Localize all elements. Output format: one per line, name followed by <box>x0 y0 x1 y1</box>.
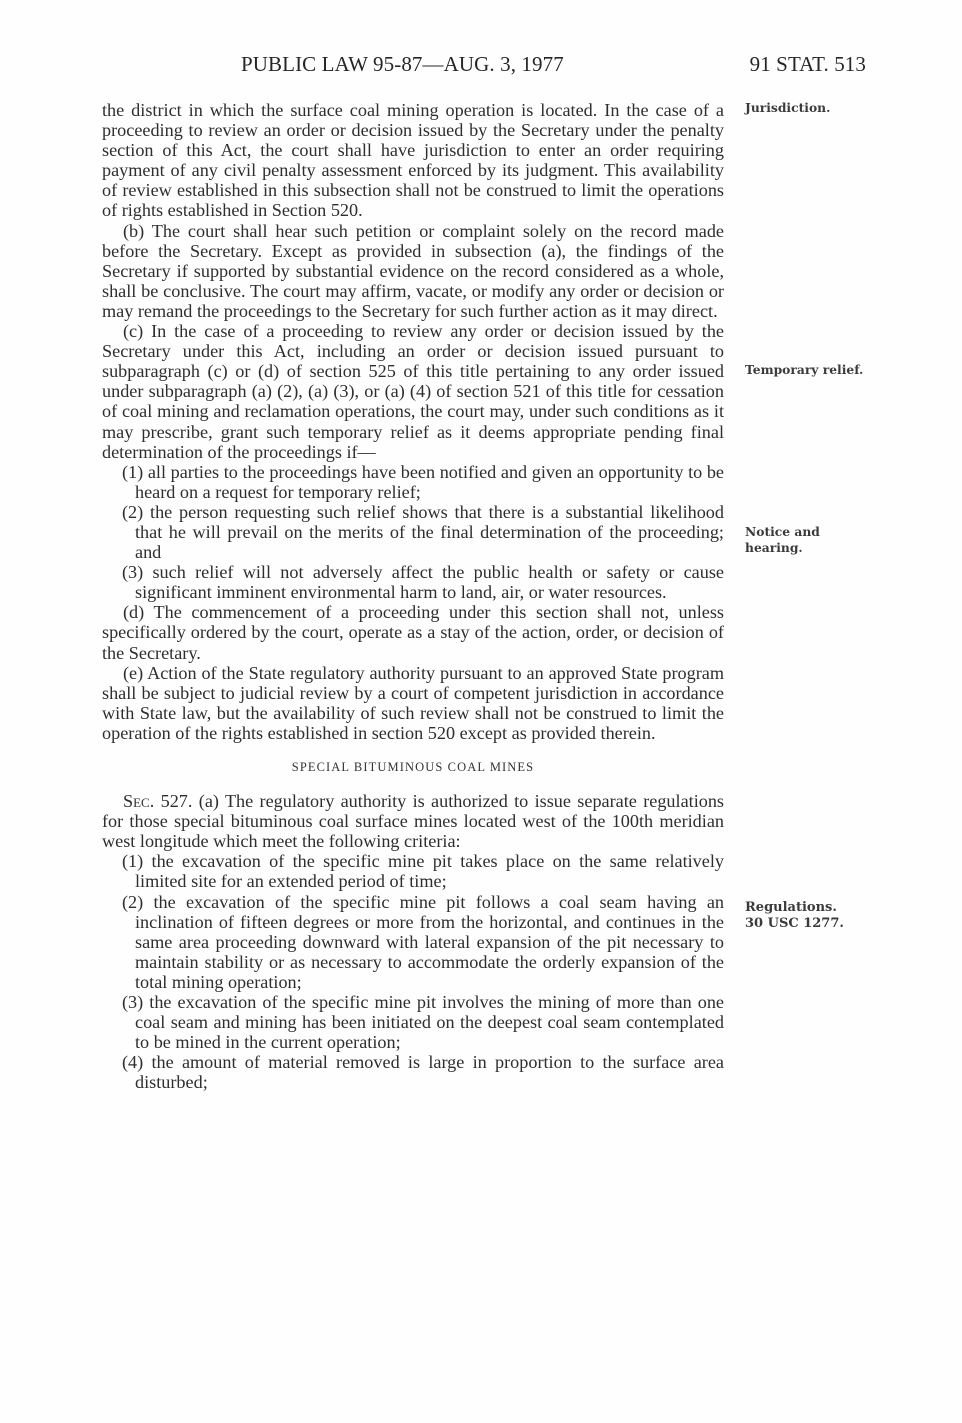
section-heading: Special Bituminous Coal Mines <box>102 757 724 777</box>
continuation-paragraph: the district in which the surface coal m… <box>102 100 724 221</box>
document-page: PUBLIC LAW 95-87—AUG. 3, 1977 91 STAT. 5… <box>0 0 962 1423</box>
margin-note-jurisdiction: Jurisdiction. <box>745 100 945 116</box>
margin-note-line-2: hearing. <box>745 540 945 556</box>
subsection-c-item-3: (3) such relief will not adversely affec… <box>102 562 724 602</box>
margin-note-temporary-relief: Temporary relief. <box>745 362 945 378</box>
section-527-a-text: (a) The regulatory authority is authoriz… <box>102 791 724 851</box>
margin-note-notice-hearing: Notice and hearing. <box>745 524 945 555</box>
subsection-c-item-1: (1) all parties to the proceedings have … <box>102 462 724 502</box>
section-527-item-1: (1) the excavation of the specific mine … <box>102 851 724 891</box>
usc-citation: 30 USC 1277. <box>745 916 945 932</box>
subsection-c: (c) In the case of a proceeding to revie… <box>102 321 724 462</box>
section-527-item-2: (2) the excavation of the specific mine … <box>102 892 724 992</box>
body-text-column: the district in which the surface coal m… <box>102 100 724 1093</box>
margin-note-line-1: Regulations. <box>745 900 945 916</box>
section-527-label: Sec. 527. <box>123 791 192 811</box>
subsection-d: (d) The commencement of a proceeding und… <box>102 602 724 662</box>
statute-page-reference: 91 STAT. 513 <box>750 52 866 77</box>
margin-note-text: Temporary relief. <box>745 362 863 377</box>
margin-note-text: Jurisdiction. <box>745 100 830 115</box>
section-527-a: Sec. 527. (a) The regulatory authority i… <box>102 791 724 851</box>
page-header: PUBLIC LAW 95-87—AUG. 3, 1977 91 STAT. 5… <box>241 52 866 80</box>
subsection-c-item-2: (2) the person requesting such relief sh… <box>102 502 724 562</box>
running-title: PUBLIC LAW 95-87—AUG. 3, 1977 <box>241 52 564 77</box>
margin-note-regulations: Regulations. 30 USC 1277. <box>745 900 945 931</box>
section-527-item-4: (4) the amount of material removed is la… <box>102 1052 724 1092</box>
margin-note-line-1: Notice and <box>745 524 945 540</box>
subsection-b: (b) The court shall hear such petition o… <box>102 221 724 321</box>
subsection-e: (e) Action of the State regulatory autho… <box>102 663 724 743</box>
section-527-item-3: (3) the excavation of the specific mine … <box>102 992 724 1052</box>
